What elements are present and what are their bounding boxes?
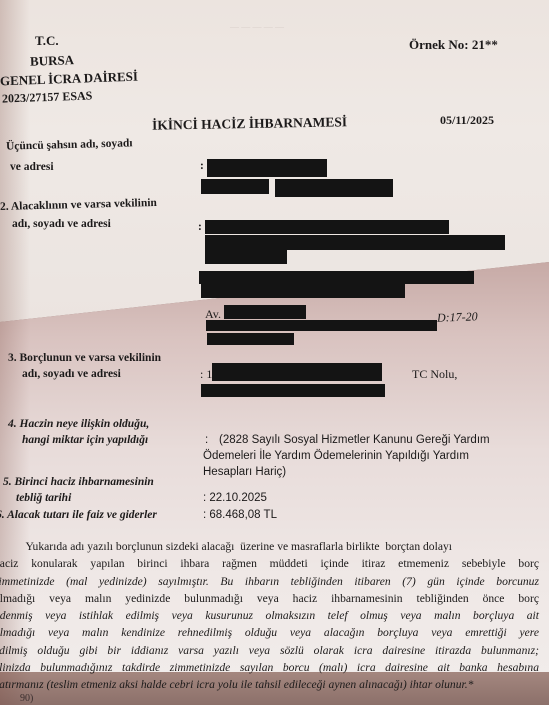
- body-line: ödenmiş veya istihlak edilmiş veya kusur…: [0, 607, 539, 624]
- field-4-value-line1: (2828 Sayılı Sosyal Hizmetler Kanunu Ger…: [219, 434, 490, 446]
- redaction-block: [224, 305, 306, 319]
- body-line: olmadığı veya malın yedinizde bulunmadığ…: [0, 590, 539, 607]
- redaction-block: [207, 333, 294, 345]
- header-city: BURSA: [30, 52, 75, 70]
- body-line: olmadığı veya malın kendinize rehnedilmi…: [0, 624, 539, 641]
- body-line: Yukarıda adı yazılı borçlunun sizdeki al…: [0, 538, 539, 555]
- body-line: edilmiş olduğu gibi bir iddianız varsa y…: [0, 642, 539, 659]
- field-4-label-line2: hangi miktar için yapıldığı: [22, 434, 148, 446]
- field-4-value-line3: Hesapları Hariç): [203, 466, 286, 478]
- body-line: elinizda bulunmadığınız takdirde zimmeti…: [0, 659, 539, 676]
- body-line: zimmetinizde (mal yedinizde) sayılmıştır…: [0, 573, 539, 590]
- field-3-label-line1: 3. Borçlunun ve varsa vekilinin: [8, 352, 161, 364]
- field-3-label-line2: adı, soyadı ve adresi: [22, 368, 121, 380]
- footer-fragment: 90): [20, 693, 33, 704]
- redaction-block: [206, 320, 437, 331]
- redaction-block: [201, 384, 385, 397]
- redaction-block: [199, 271, 474, 284]
- field-5-label-line2: tebliğ tarihi: [16, 492, 71, 504]
- redaction-block: [205, 250, 287, 264]
- document-title: İKİNCİ HACİZ İHBARNAMESİ: [152, 114, 347, 133]
- redaction-block: [205, 235, 505, 250]
- redaction-block: [275, 179, 393, 197]
- field-2-label-line2: adı, soyadı ve adresi: [12, 218, 111, 230]
- header-tc: T.C.: [35, 33, 59, 49]
- redaction-block: [201, 284, 405, 298]
- redaction-block: [205, 220, 449, 234]
- redaction-block: [201, 179, 269, 194]
- field-3-value-suffix: TC Nolu,: [412, 367, 457, 382]
- field-1-colon: :: [200, 160, 204, 172]
- case-number: 2023/27157 ESAS: [2, 88, 93, 106]
- address-fragment: D:17-20: [437, 309, 478, 325]
- body-line: yatırmanız (teslim etmeniz aksi halde ce…: [0, 676, 539, 693]
- field-1-label-line2: ve adresi: [10, 161, 54, 173]
- field-6-label: 6. Alacak tutarı ile faiz ve giderler: [0, 509, 157, 521]
- redaction-block: [207, 159, 327, 177]
- redaction-block: [212, 363, 382, 381]
- notice-body: Yukarıda adı yazılı borçlunun sizdeki al…: [0, 538, 539, 694]
- document-date: 05/11/2025: [440, 113, 494, 128]
- field-4-value-line2: Ödemeleri İle Yardım Ödemelerinin Yapıld…: [203, 450, 469, 462]
- first-notice-date: : 22.10.2025: [203, 492, 267, 504]
- form-number: Örnek No: 21**: [409, 37, 498, 53]
- body-line: haciz konularak yapılan birinci ihbara r…: [0, 555, 539, 572]
- field-2-colon: :: [198, 221, 202, 233]
- claim-amount: : 68.468,08 TL: [203, 509, 277, 521]
- field-4-label-line1: 4. Haczin neye ilişkin olduğu,: [8, 418, 149, 430]
- bleed-through-text: — — — — —: [230, 22, 284, 32]
- field-5-label-line1: 5. Birinci haciz ihbarnamesinin: [3, 476, 154, 488]
- field-4-colon: :: [205, 434, 208, 446]
